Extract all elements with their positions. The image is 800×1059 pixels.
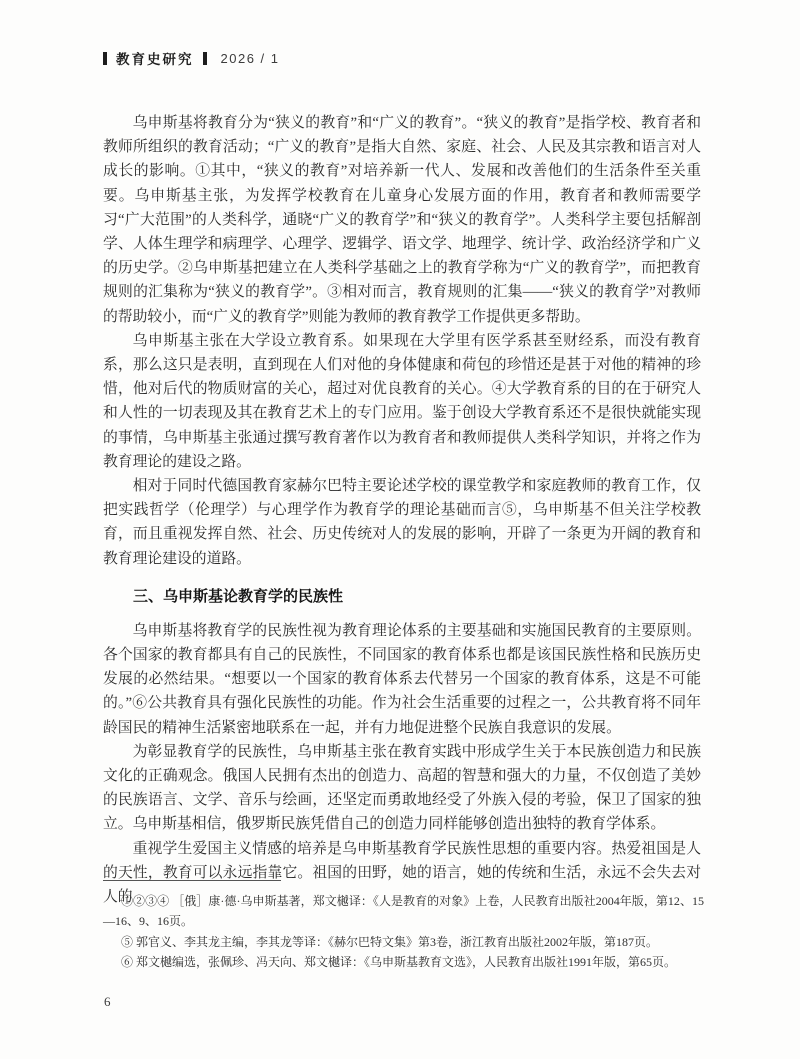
footnote-section: ①②③④ ［俄］康·德·乌申斯基著，郑文樾译：《人是教育的对象》上卷，人民教育出… (103, 880, 704, 973)
section-heading: 三、乌申斯基论教育学的民族性 (103, 585, 701, 609)
page-number: 6 (104, 994, 111, 1010)
header-bar-icon (103, 52, 107, 65)
header-bar-icon (203, 52, 207, 65)
issue-label: 2026 / 1 (221, 51, 280, 66)
body-paragraph: 乌申斯基主张在大学设立教育系。如果现在大学里有医学系甚至财经系，而没有教育系，那… (103, 329, 701, 474)
footnote: ①②③④ ［俄］康·德·乌申斯基著，郑文樾译：《人是教育的对象》上卷，人民教育出… (103, 891, 704, 932)
journal-title: 教育史研究 (116, 48, 194, 68)
body-paragraph: 乌申斯基将教育分为“狭义的教育”和“广义的教育”。“狭义的教育”是指学校、教育者… (103, 111, 701, 329)
body-paragraph: 乌申斯基将教育学的民族性视为教育理论体系的主要基础和实施国民教育的主要原则。各个… (103, 619, 701, 740)
running-header: 教育史研究 2026 / 1 (103, 48, 280, 68)
article-body: 乌申斯基将教育分为“狭义的教育”和“广义的教育”。“狭义的教育”是指学校、教育者… (103, 111, 701, 909)
body-paragraph: 相对于同时代德国教育家赫尔巴特主要论述学校的课堂教学和家庭教师的教育工作，仅把实… (103, 474, 701, 571)
document-page: 教育史研究 2026 / 1 乌申斯基将教育分为“狭义的教育”和“广义的教育”。… (0, 0, 800, 1059)
footnote: ⑥ 郑文樾编选，张佩珍、冯天向、郑文樾译：《乌申斯基教育文选》，人民教育出版社1… (103, 952, 704, 972)
body-paragraph: 为彰显教育学的民族性，乌申斯基主张在教育实践中形成学生关于本民族创造力和民族文化… (103, 740, 701, 837)
footnote-divider (103, 880, 281, 881)
footnote: ⑤ 郭官义、李其龙主编，李其龙等译：《赫尔巴特文集》第3卷，浙江教育出版社200… (103, 932, 704, 952)
